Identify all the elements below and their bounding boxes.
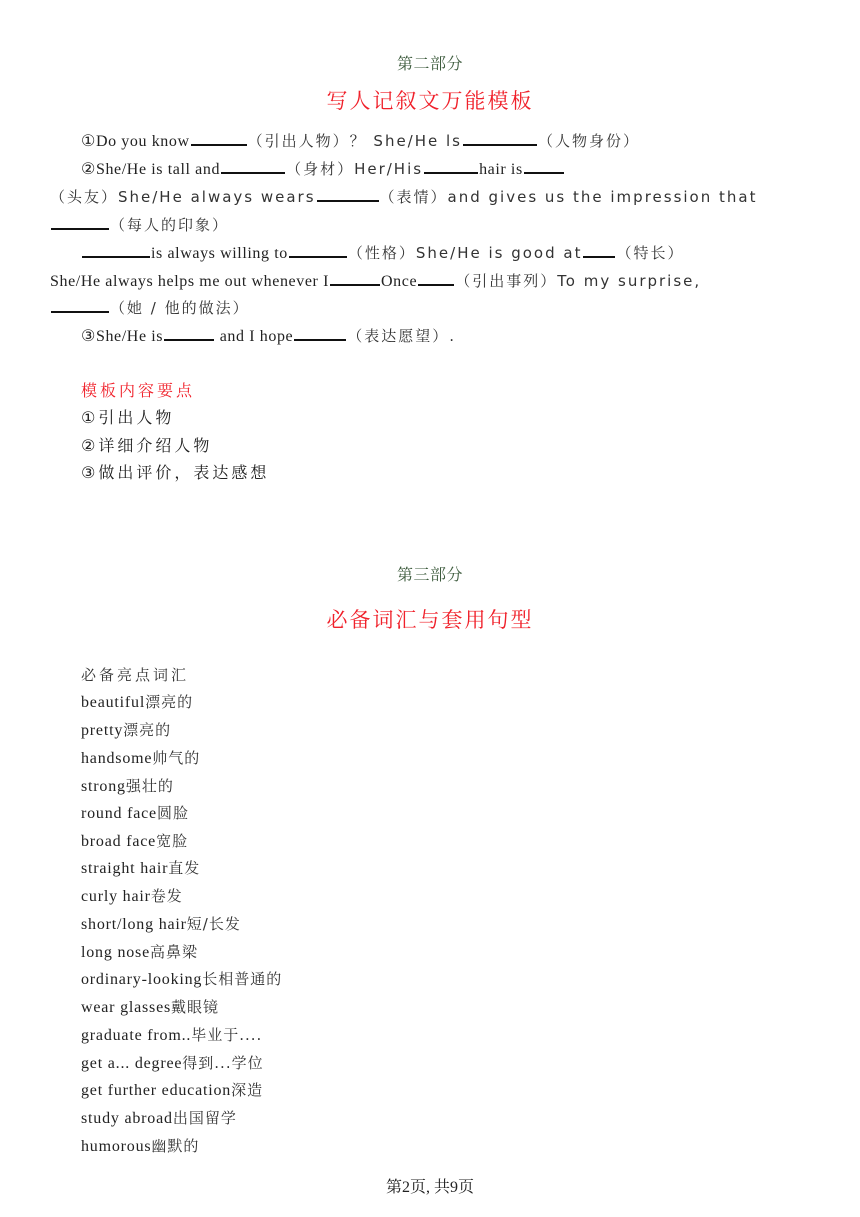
fill-blank: [164, 326, 214, 341]
fill-blank: [330, 271, 380, 286]
template-line-1: ①Do you know（引出人物）？ She/He ls（人物身份）: [81, 131, 640, 152]
vocab-cn: 卷发: [151, 887, 183, 905]
template-text: hair is: [479, 161, 523, 178]
template-hint: （性格）She/He is good at: [348, 244, 583, 262]
key-point-3: ③做出评价，表达感想: [81, 463, 269, 483]
template-line-6: She/He always helps me out whenever IOnc…: [50, 271, 701, 292]
template-line-8: ③She/He is and I hope（表达愿望）.: [81, 326, 456, 347]
vocab-item: beautiful漂亮的: [81, 692, 193, 713]
key-points-title: 模板内容要点: [81, 381, 195, 401]
vocab-cn: 毕业于....: [191, 1026, 262, 1044]
template-hint: （表达愿望）.: [347, 327, 456, 345]
vocab-cn: 宽脸: [156, 832, 188, 850]
vocab-item: get further education深造: [81, 1080, 263, 1101]
template-hint: （头友）She/He always wears: [50, 188, 316, 206]
part2-label: 第二部分: [0, 51, 860, 74]
vocab-en: get further education: [81, 1082, 231, 1099]
template-hint: （身材）Her/His: [286, 160, 423, 178]
template-line-5: is always willing to（性格）She/He is good a…: [81, 243, 684, 264]
fill-blank: [221, 159, 285, 174]
vocab-cn: 出国留学: [173, 1109, 237, 1127]
template-hint: （人物身份）: [538, 132, 640, 150]
vocab-en: long nose: [81, 944, 150, 961]
vocab-item: round face圆脸: [81, 803, 189, 824]
vocab-cn: 得到...学位: [182, 1054, 263, 1072]
fill-blank: [191, 131, 247, 146]
vocab-item: graduate from..毕业于....: [81, 1025, 262, 1046]
vocab-item: ordinary-looking长相普通的: [81, 969, 282, 990]
vocab-item: short/long hair短/长发: [81, 914, 241, 935]
vocab-cn: 漂亮的: [145, 693, 193, 711]
template-text: ②She/He is tall and: [81, 161, 220, 178]
vocab-cn: 漂亮的: [123, 721, 171, 739]
template-text: and I hope: [215, 328, 293, 345]
fill-blank: [317, 187, 379, 202]
fill-blank: [51, 215, 109, 230]
template-hint: （表情）and gives us the impression that: [380, 188, 758, 206]
vocab-en: curly hair: [81, 888, 151, 905]
vocab-item: strong强壮的: [81, 776, 174, 797]
template-line-3: （头友）She/He always wears（表情）and gives us …: [50, 187, 757, 208]
part3-label: 第三部分: [0, 562, 860, 585]
vocab-en: wear glasses: [81, 999, 171, 1016]
template-hint: （特长）: [616, 244, 684, 262]
vocab-en: beautiful: [81, 694, 145, 711]
vocab-en: strong: [81, 778, 126, 795]
key-point-1: ①引出人物: [81, 408, 174, 428]
vocab-en: graduate from..: [81, 1027, 191, 1044]
vocab-cn: 帅气的: [152, 749, 200, 767]
template-text: is always willing to: [151, 245, 288, 262]
fill-blank: [463, 131, 537, 146]
template-line-7: （她 / 他的做法）: [50, 298, 250, 319]
vocab-heading: 必备亮点词汇: [81, 665, 189, 685]
template-hint: （引出事列）To my surprise,: [455, 272, 701, 290]
vocab-cn: 直发: [168, 859, 200, 877]
key-point-2: ②详细介绍人物: [81, 436, 212, 456]
template-text: She/He always helps me out whenever I: [50, 273, 329, 290]
vocab-item: curly hair卷发: [81, 886, 183, 907]
part2-title: 写人记叙文万能模板: [0, 85, 860, 115]
template-text: ①Do you know: [81, 133, 190, 150]
template-text: ③She/He is: [81, 328, 163, 345]
fill-blank: [583, 243, 615, 258]
vocab-cn: 戴眼镜: [171, 998, 219, 1016]
vocab-en: ordinary-looking: [81, 971, 202, 988]
vocab-item: wear glasses戴眼镜: [81, 997, 219, 1018]
vocab-item: handsome帅气的: [81, 748, 200, 769]
vocab-en: handsome: [81, 750, 152, 767]
vocab-en: humorous: [81, 1138, 151, 1155]
template-hint: （她 / 他的做法）: [110, 299, 250, 317]
template-line-2: ②She/He is tall and（身材）Her/Hishair is: [81, 159, 565, 180]
fill-blank: [524, 159, 564, 174]
template-text: Once: [381, 273, 417, 290]
vocab-item: straight hair直发: [81, 858, 200, 879]
vocab-en: round face: [81, 805, 157, 822]
vocab-item: study abroad出国留学: [81, 1108, 237, 1129]
template-line-4: （每人的印象）: [50, 215, 229, 236]
vocab-item: broad face宽脸: [81, 831, 188, 852]
fill-blank: [289, 243, 347, 258]
template-hint: （引出人物）？ She/He ls: [248, 132, 462, 150]
vocab-cn: 短/长发: [187, 915, 241, 933]
vocab-en: pretty: [81, 722, 123, 739]
fill-blank: [418, 271, 454, 286]
part3-title: 必备词汇与套用句型: [0, 604, 860, 634]
vocab-item: get a... degree得到...学位: [81, 1053, 264, 1074]
vocab-cn: 幽默的: [151, 1137, 199, 1155]
document-page: 第二部分 写人记叙文万能模板 ①Do you know（引出人物）？ She/H…: [0, 0, 860, 1217]
template-hint: （每人的印象）: [110, 216, 229, 234]
fill-blank: [51, 298, 109, 313]
vocab-en: broad face: [81, 833, 156, 850]
fill-blank: [294, 326, 346, 341]
vocab-en: short/long hair: [81, 916, 187, 933]
vocab-item: pretty漂亮的: [81, 720, 171, 741]
vocab-cn: 深造: [231, 1081, 263, 1099]
vocab-item: humorous幽默的: [81, 1136, 199, 1157]
page-indicator: 第2页, 共9页: [0, 1174, 860, 1197]
vocab-en: study abroad: [81, 1110, 173, 1127]
vocab-cn: 圆脸: [157, 804, 189, 822]
vocab-item: long nose高鼻梁: [81, 942, 198, 963]
vocab-en: straight hair: [81, 860, 168, 877]
vocab-cn: 强壮的: [126, 777, 174, 795]
vocab-cn: 长相普通的: [202, 970, 282, 988]
vocab-cn: 高鼻梁: [150, 943, 198, 961]
fill-blank: [82, 243, 150, 258]
fill-blank: [424, 159, 478, 174]
vocab-en: get a... degree: [81, 1055, 182, 1072]
